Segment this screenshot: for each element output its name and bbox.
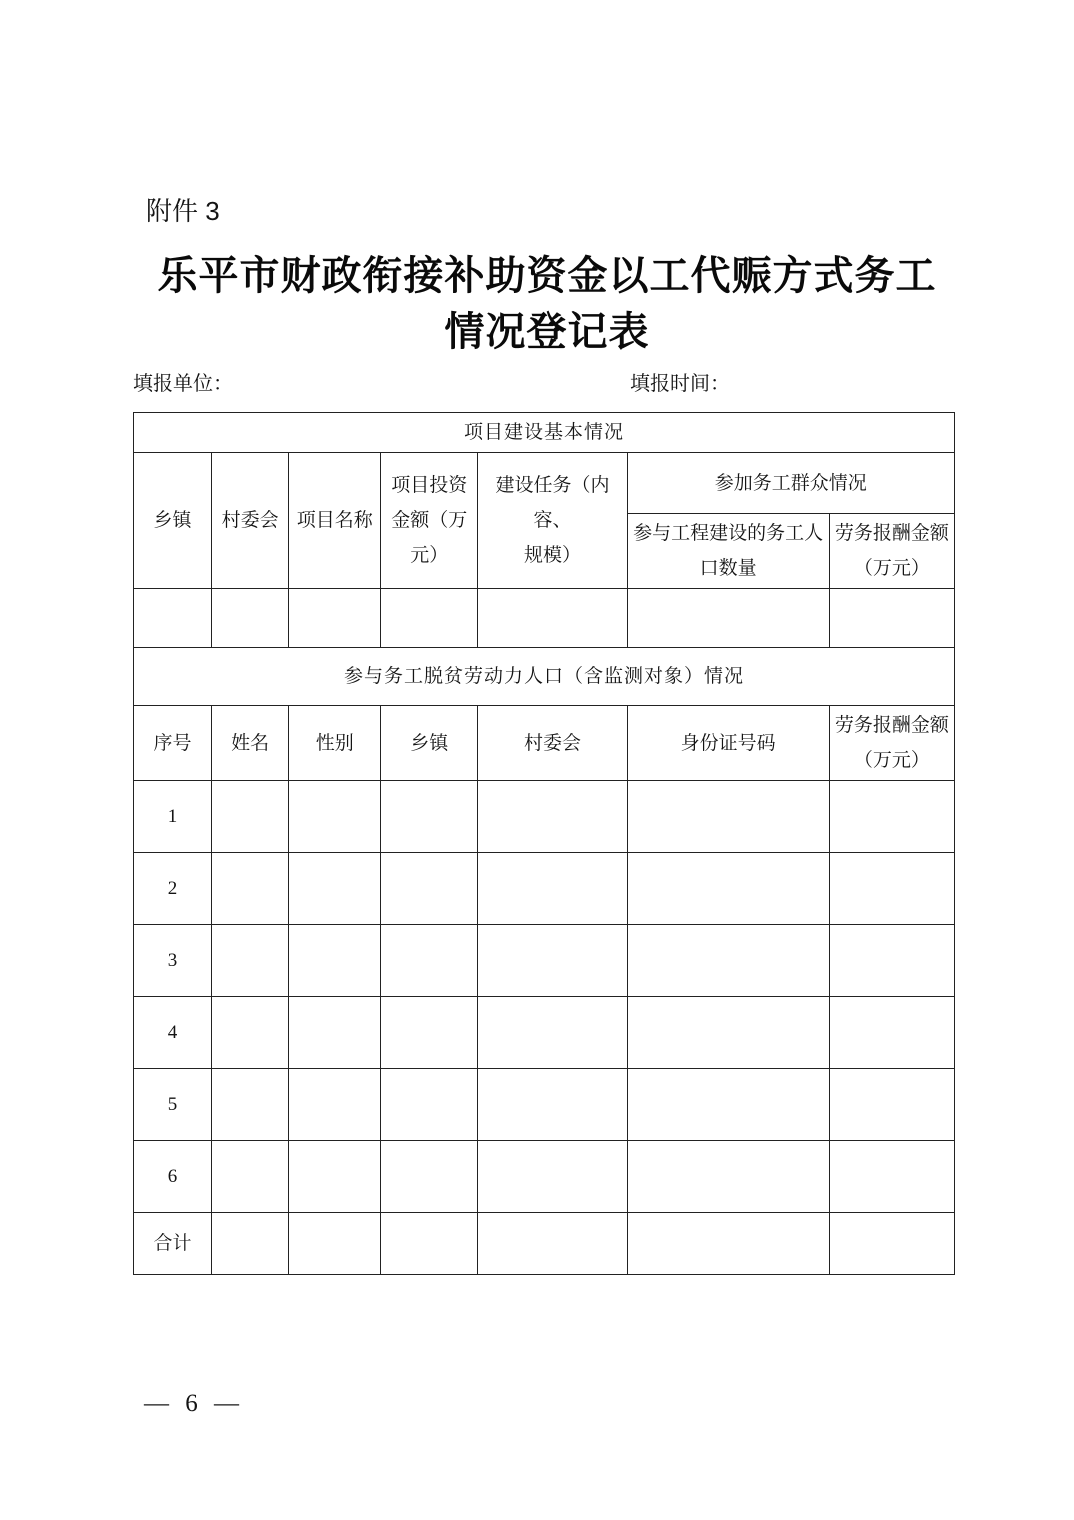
empty-cell [289,997,381,1069]
col2-header-id-number: 身份证号码 [627,706,829,781]
table-row: 5 [134,1069,955,1141]
empty-cell [478,1213,627,1275]
empty-cell [829,1069,954,1141]
title-line-2: 情况登记表 [70,304,1024,360]
empty-cell [627,997,829,1069]
empty-cell [212,925,289,997]
registration-table: 项目建设基本情况 乡镇 村委会 项目名称 项目投资 金额（万 元） 建设任务（内… [133,412,955,1275]
empty-cell [627,925,829,997]
worker-group-header: 参加务工群众情况 [627,453,954,514]
col-header-construction-task: 建设任务（内容、 规模） [478,453,627,589]
empty-cell [212,1213,289,1275]
empty-cell [627,781,829,853]
empty-cell [212,997,289,1069]
empty-cell [627,1069,829,1141]
empty-cell [478,997,627,1069]
section2-title-row: 参与务工脱贫劳动力人口（含监测对象）情况 [134,648,955,706]
empty-cell [478,1069,627,1141]
col2-header-name: 姓名 [212,706,289,781]
empty-cell [289,589,381,648]
empty-cell [289,781,381,853]
empty-cell [212,589,289,648]
section2-title: 参与务工脱贫劳动力人口（含监测对象）情况 [134,648,955,706]
col2-header-township: 乡镇 [381,706,478,781]
empty-cell [478,1141,627,1213]
empty-cell [829,925,954,997]
report-time-label: 填报时间： [630,370,730,398]
empty-cell [381,1069,478,1141]
row-serial: 3 [134,925,212,997]
row-serial: 6 [134,1141,212,1213]
empty-cell [829,1141,954,1213]
empty-cell [627,1213,829,1275]
col2-header-village-committee: 村委会 [478,706,627,781]
section2-header-row: 序号 姓名 性别 乡镇 村委会 身份证号码 劳务报酬金额 （万元） [134,706,955,781]
table-row: 4 [134,997,955,1069]
empty-cell [381,853,478,925]
section1-data-row [134,589,955,648]
empty-cell [627,853,829,925]
col-header-project-name: 项目名称 [289,453,381,589]
page-number: — 6 — [144,1389,1074,1419]
empty-cell [478,925,627,997]
empty-cell [289,925,381,997]
table-row: 2 [134,853,955,925]
empty-cell [381,1141,478,1213]
empty-cell [381,781,478,853]
empty-cell [627,1141,829,1213]
empty-cell [381,925,478,997]
empty-cell [381,589,478,648]
col-header-labor-pay: 劳务报酬金额 （万元） [829,514,954,589]
empty-cell [381,1213,478,1275]
document-page: 附件 3 乐平市财政衔接补助资金以工代赈方式务工 情况登记表 填报单位： 填报时… [0,0,1074,1520]
col2-header-labor-pay: 劳务报酬金额 （万元） [829,706,954,781]
section1-title: 项目建设基本情况 [134,413,955,453]
empty-cell [289,853,381,925]
document-title: 乐平市财政衔接补助资金以工代赈方式务工 情况登记表 [70,248,1024,360]
empty-cell [212,853,289,925]
row-serial: 5 [134,1069,212,1141]
section1-title-row: 项目建设基本情况 [134,413,955,453]
empty-cell [212,1141,289,1213]
table-row: 6 [134,1141,955,1213]
empty-cell [478,781,627,853]
col-header-worker-count: 参与工程建设的务工人 口数量 [627,514,829,589]
title-line-1: 乐平市财政衔接补助资金以工代赈方式务工 [70,248,1024,304]
section1-header-row-top: 乡镇 村委会 项目名称 项目投资 金额（万 元） 建设任务（内容、 规模） 参加… [134,453,955,514]
empty-cell [381,997,478,1069]
empty-cell [134,589,212,648]
row-serial: 2 [134,853,212,925]
empty-cell [478,853,627,925]
empty-cell [212,1069,289,1141]
empty-cell [829,853,954,925]
empty-cell [829,997,954,1069]
report-unit-label: 填报单位： [133,370,233,398]
row-serial: 1 [134,781,212,853]
row-serial: 4 [134,997,212,1069]
empty-cell [829,589,954,648]
col2-header-gender: 性别 [289,706,381,781]
empty-cell [289,1069,381,1141]
empty-cell [829,781,954,853]
total-row: 合计 [134,1213,955,1275]
table-row: 3 [134,925,955,997]
form-meta-row: 填报单位： 填报时间： [133,370,953,398]
total-label: 合计 [134,1213,212,1275]
empty-cell [289,1213,381,1275]
empty-cell [829,1213,954,1275]
empty-cell [627,589,829,648]
col-header-township: 乡镇 [134,453,212,589]
empty-cell [212,781,289,853]
empty-cell [289,1141,381,1213]
col2-header-serial: 序号 [134,706,212,781]
table-row: 1 [134,781,955,853]
col-header-investment-amount: 项目投资 金额（万 元） [381,453,478,589]
empty-cell [478,589,627,648]
col-header-village-committee: 村委会 [212,453,289,589]
attachment-label: 附件 3 [146,196,1074,226]
